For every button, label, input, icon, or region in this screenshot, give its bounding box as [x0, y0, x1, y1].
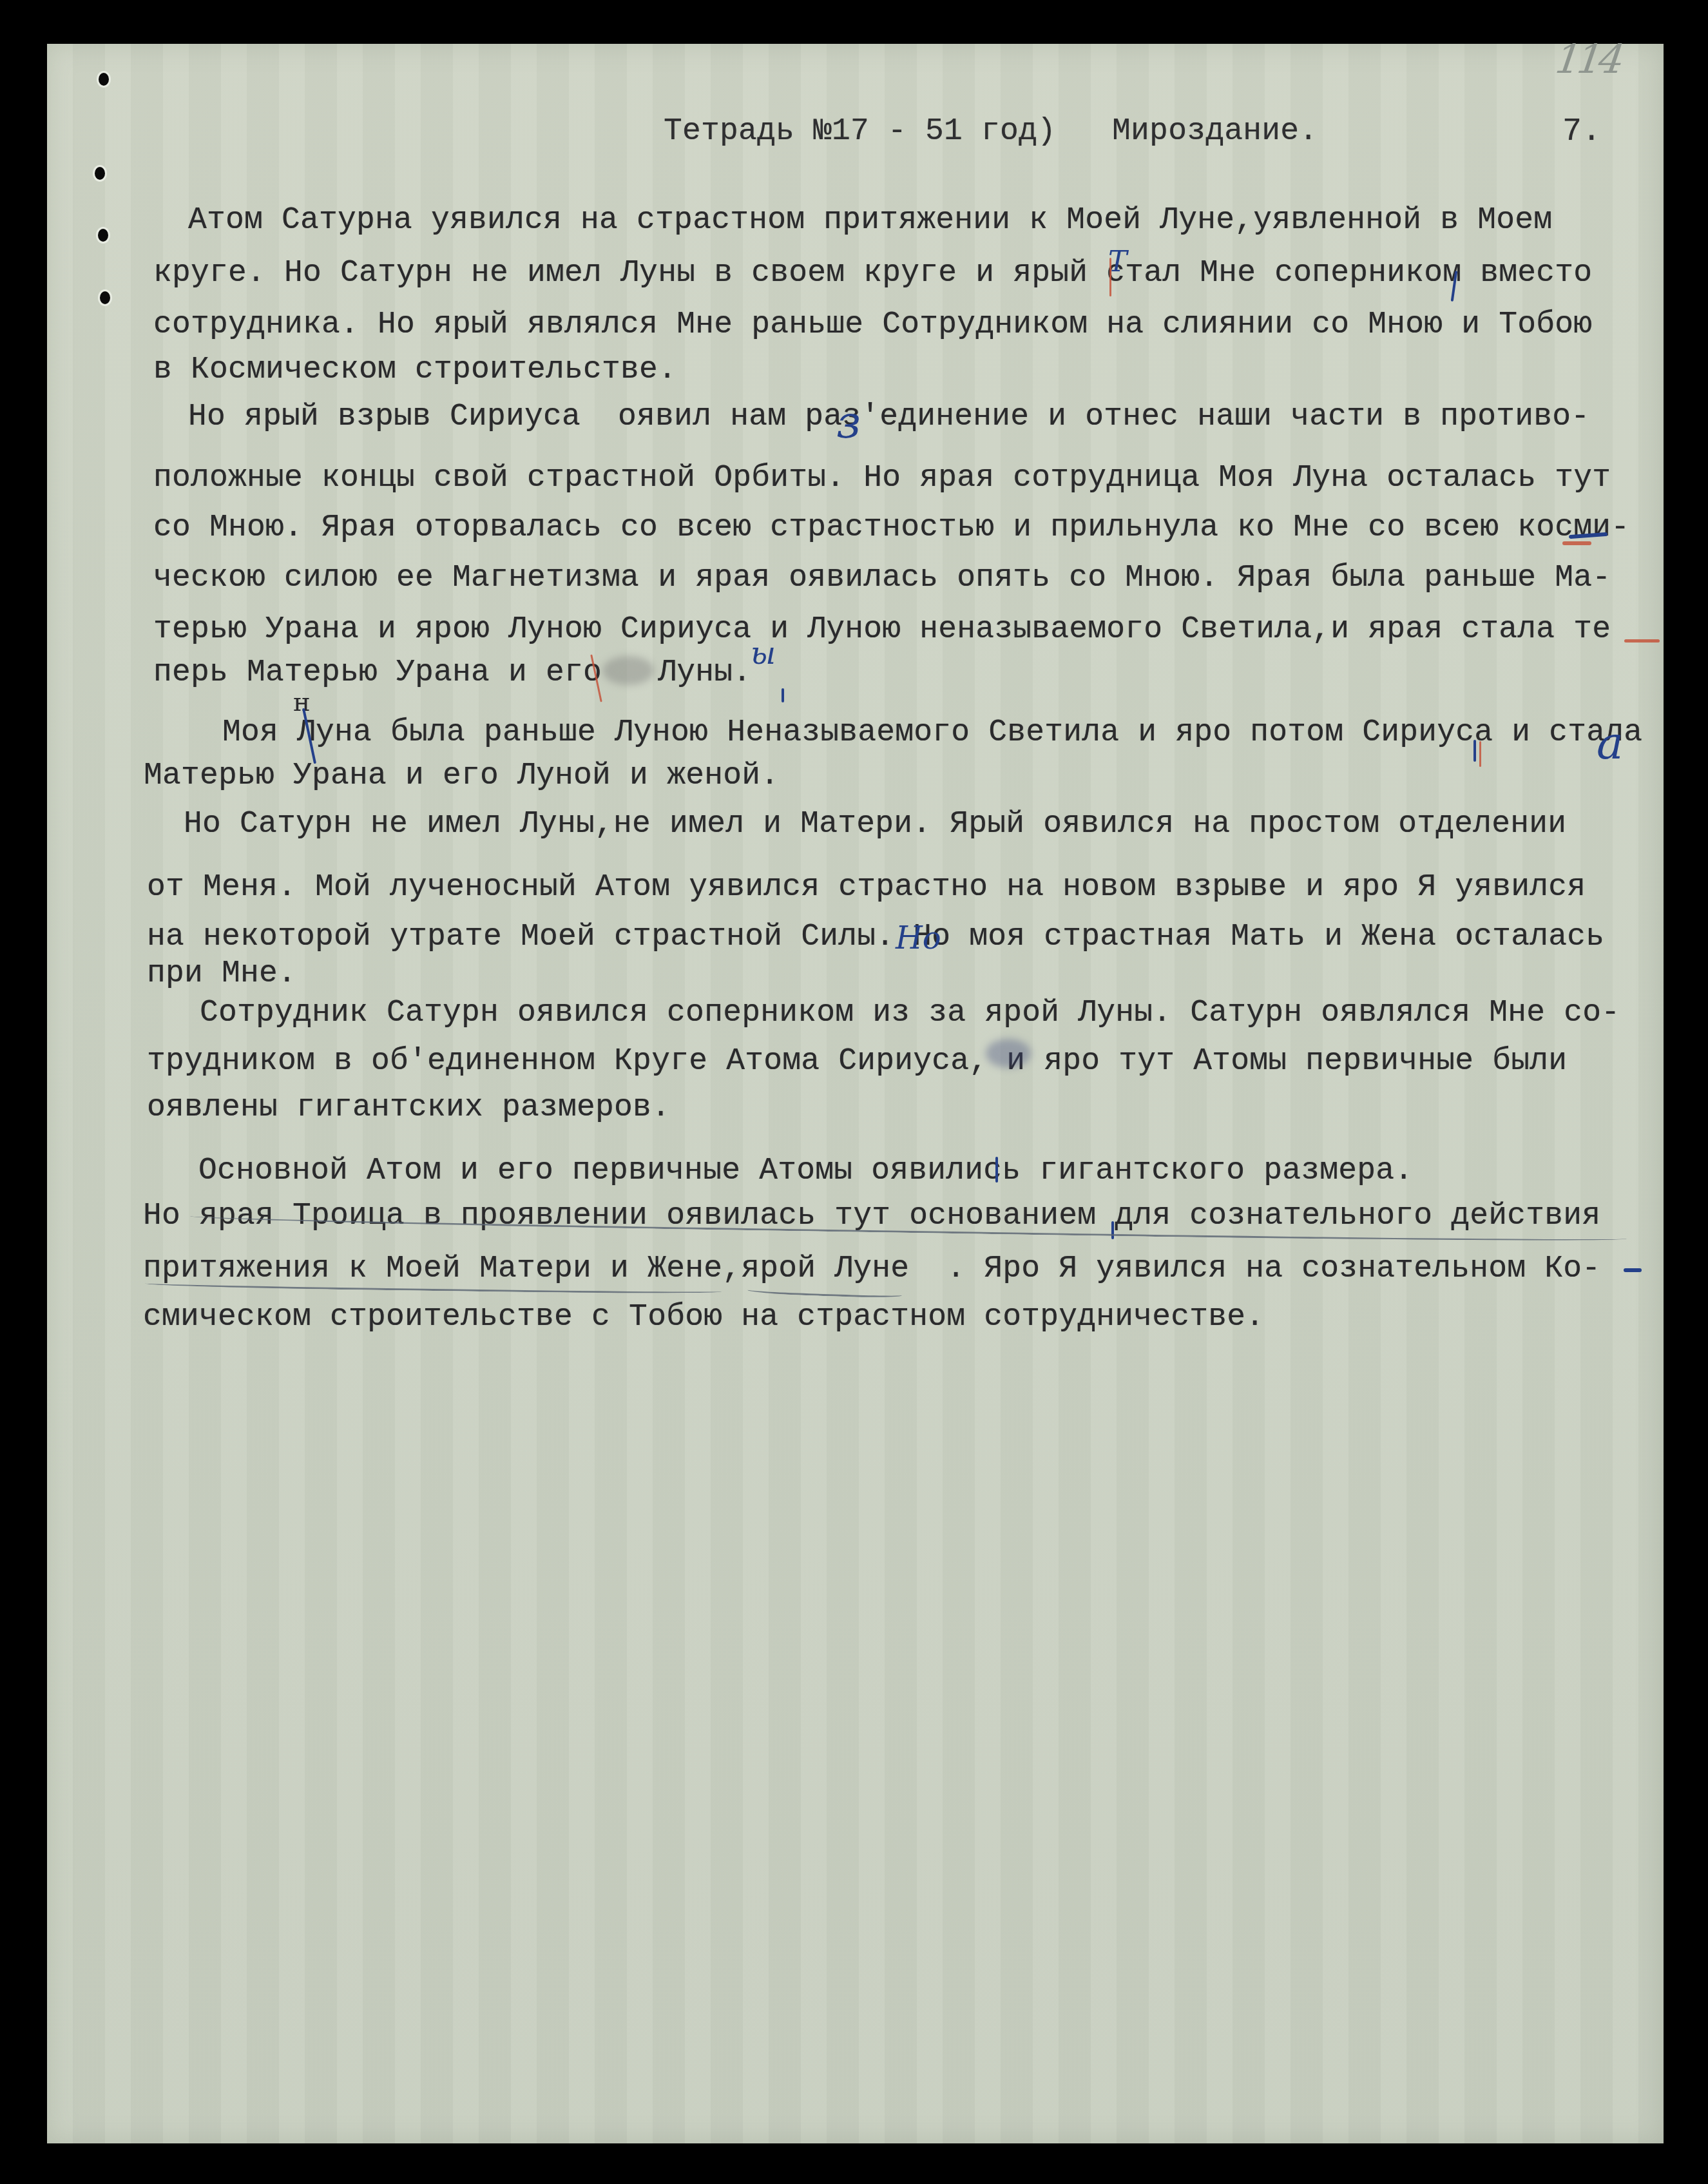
text-line: со Мною. Ярая оторвалась со всею страстн…: [153, 512, 1629, 543]
text-line: на некоторой утрате Моей страстной Силы.…: [147, 922, 1604, 952]
text-line: Но Сатурн не имел Луны,не имел и Матери.…: [184, 809, 1566, 840]
punch-hole: [100, 291, 110, 304]
text-line: терью Урана и ярою Луною Сириуса и Луною…: [153, 614, 1611, 645]
text-line: положные концы свой страстной Орбиты. Но…: [153, 463, 1611, 494]
correction-mark: ы: [751, 638, 776, 669]
correction-comma: [1473, 740, 1476, 762]
page-header-title: Тетрадь №17 - 51 год) Мироздание.: [664, 116, 1318, 147]
margin-hyphen-mark: [1624, 1268, 1642, 1272]
text-line: притяжения к Моей Матери и Жене,ярой Лун…: [143, 1253, 1600, 1284]
text-line: трудником в об'единенном Круге Атома Сир…: [147, 1046, 1567, 1077]
correction-mark: з: [836, 400, 861, 445]
text-line: Матерью Урана и его Луной и женой.: [144, 760, 779, 791]
text-line: ческою силою ее Магнетизма и ярая оявила…: [153, 563, 1611, 594]
text-line: Моя Луна была раньше Луною Неназываемого…: [222, 717, 1642, 748]
red-correction-stroke: [1479, 741, 1481, 767]
margin-red-mark: [1624, 639, 1660, 643]
correction-mark: н: [293, 690, 311, 715]
text-line: в Космическом строительстве.: [153, 354, 676, 385]
punch-hole: [98, 229, 108, 242]
correction-mark: Но: [896, 923, 941, 954]
page-number: 7.: [1562, 116, 1601, 148]
erasure-smudge: [986, 1039, 1031, 1068]
text-line: круге. Но Сатурн не имел Луны в своем кр…: [153, 258, 1592, 289]
text-line: Сотрудник Сатурн оявился соперником из з…: [200, 998, 1620, 1029]
text-line: перь Матерью Урана и его Луны.: [153, 657, 751, 688]
text-line: от Меня. Мой лученосный Атом уявился стр…: [147, 872, 1586, 903]
folio-number: 114: [1553, 35, 1624, 82]
text-line: Основной Атом и его первичные Атомы ояви…: [198, 1155, 1413, 1186]
punch-hole: [99, 73, 109, 86]
text-line: смическом строительстве с Тобою на страс…: [143, 1302, 1264, 1333]
margin-red-mark: [1562, 541, 1591, 545]
correction-mark: а: [1597, 720, 1624, 766]
correction-stroke: [995, 1157, 998, 1183]
text-line: оявлены гигантских размеров.: [147, 1092, 670, 1123]
correction-comma: [782, 688, 784, 702]
text-line: Атом Сатурна уявился на страстном притяж…: [188, 205, 1552, 236]
red-correction-stroke: [1109, 258, 1111, 296]
erasure-smudge: [602, 656, 654, 685]
text-line: при Мне.: [147, 958, 296, 989]
punch-hole: [95, 167, 105, 180]
text-line: Но ярый взрыв Сириуса оявил нам раз'един…: [188, 401, 1589, 432]
text-line: сотрудника. Но ярый являлся Мне раньше С…: [153, 309, 1592, 340]
